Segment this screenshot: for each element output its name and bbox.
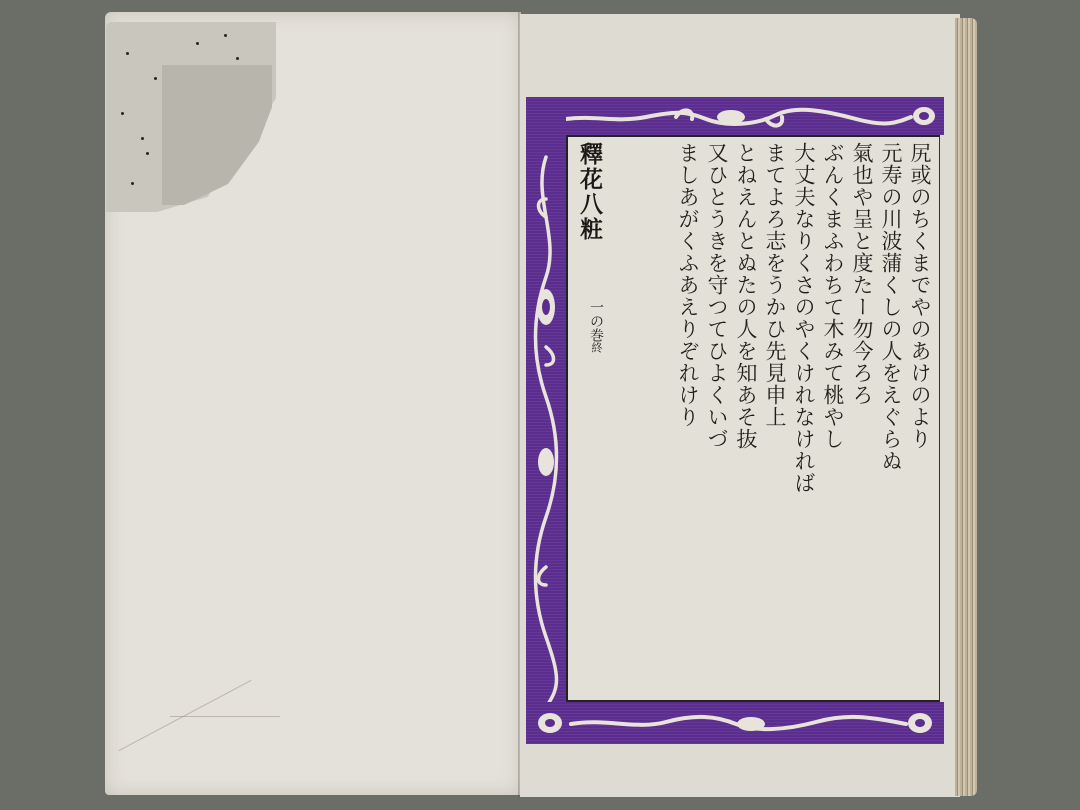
page-edge-stack bbox=[955, 18, 977, 796]
text-column: 又ひとうきを守つてひよくいづ bbox=[702, 142, 731, 692]
book-title: 釋花八粧 bbox=[570, 142, 606, 242]
frame-left-border bbox=[526, 97, 566, 744]
volume-number: 一の巻 bbox=[588, 300, 604, 342]
frame-bottom-border bbox=[526, 702, 944, 744]
text-column: 大丈夫なりくさのやくけれなければ bbox=[789, 142, 818, 692]
vine-ornament-icon bbox=[526, 97, 566, 744]
text-column: 尻或のちくまでやのあけのより bbox=[905, 142, 934, 692]
arabesque-ornament-icon bbox=[526, 97, 944, 135]
text-column: ぶんくまふわちて木みて桃やし bbox=[818, 142, 847, 692]
volume-label: 一の巻終 bbox=[586, 300, 606, 353]
arabesque-ornament-icon bbox=[526, 702, 944, 744]
text-column: まてよろ志をうかひ先見申上 bbox=[760, 142, 789, 692]
paper-crease bbox=[170, 716, 280, 717]
frame-top-border bbox=[526, 97, 944, 135]
body-text: 尻或のちくまでやのあけのより 元寿の川波蒲くしの人をえぐらぬ 氣也や呈と度たー勿… bbox=[612, 142, 934, 692]
volume-suffix: 終 bbox=[590, 342, 603, 353]
text-column: 元寿の川波蒲くしの人をえぐらぬ bbox=[876, 142, 905, 692]
text-column: とねえんとぬたの人を知あそ抜 bbox=[731, 142, 760, 692]
text-column: ましあがくふあえりぞれけり bbox=[673, 142, 702, 692]
text-column: 氣也や呈と度たー勿今ろろ bbox=[847, 142, 876, 692]
